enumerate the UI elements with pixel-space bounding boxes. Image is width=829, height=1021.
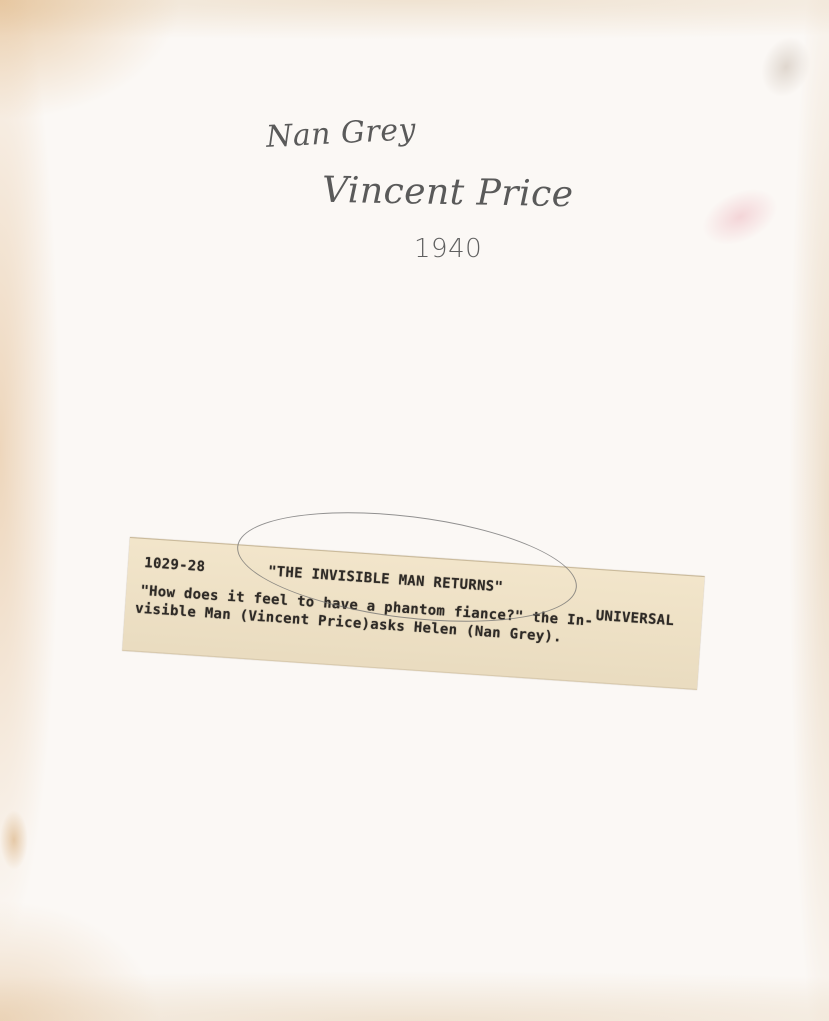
studio-name: UNIVERSAL: [595, 608, 674, 629]
grey-smudge: [753, 30, 819, 105]
handwritten-year: 1940: [414, 234, 482, 264]
snipe-label: 1029-28 "THE INVISIBLE MAN RETURNS" UNIV…: [122, 537, 704, 690]
photo-back-page: Nan Grey Vincent Price 1940 1029-28 "THE…: [0, 0, 829, 1021]
handwritten-actor-name: Vincent Price: [322, 170, 574, 215]
still-code: 1029-28: [144, 555, 206, 575]
handwritten-actress-name: Nan Grey: [265, 112, 417, 155]
age-stain: [0, 810, 28, 870]
pink-smudge: [693, 177, 787, 256]
film-title: "THE INVISIBLE MAN RETURNS": [267, 563, 503, 595]
